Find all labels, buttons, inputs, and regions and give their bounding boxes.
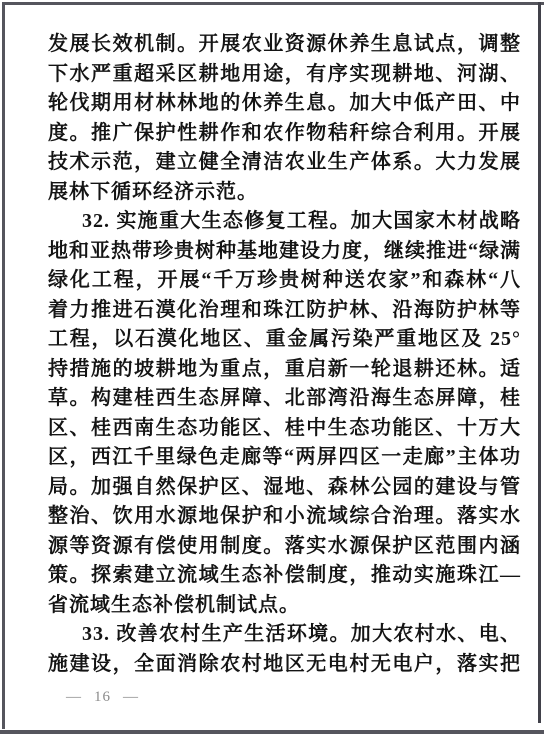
text-line: 32. 实施重大生态修复工程。加大国家木材战略核心储备基: [48, 207, 521, 237]
line-text: 度。推广保护性耕作和农作物秸秆综合利用。开展农业清洁生产: [48, 122, 521, 149]
text-line: 绿化工程，开展“千万珍贵树种送农家”和森林“八创”活动。: [48, 266, 521, 296]
line-text: 省流域生态补偿机制试点。: [48, 594, 300, 616]
line-text: 下水严重超采区耕地用途，有序实现耕地、河湖、水库周边、短: [48, 63, 521, 90]
line-text: 区、桂西南生态功能区、桂中生态功能区、十万大山生态保护: [48, 417, 521, 444]
line-text: 局。加强自然保护区、湿地、森林公园的建设与管理。开展河道: [48, 476, 521, 503]
document-page: 发展长效机制。开展农业资源休养生息试点，调整严重污染和地 下水严重超采区耕地用途…: [0, 0, 544, 736]
line-text: 地和亚热带珍贵树种基地建设力度，继续推进“绿满八桂”造林: [48, 240, 521, 267]
line-text: 发展长效机制。开展农业资源休养生息试点，调整严重污染和地: [48, 33, 521, 60]
page-number: —16—: [64, 688, 141, 706]
line-text: 源等资源有偿使用制度。落实水源保护区范围内涵养林种植政: [48, 535, 521, 562]
text-line: 度。推广保护性耕作和农作物秸秆综合利用。开展农业清洁生产: [48, 119, 521, 149]
page-edge-top: [5, 2, 544, 5]
line-text: 持措施的坡耕地为重点，重启新一轮退耕还林。适度实施退耕还: [48, 358, 521, 385]
body-text: 发展长效机制。开展农业资源休养生息试点，调整严重污染和地 下水严重超采区耕地用途…: [48, 30, 521, 679]
text-line: 局。加强自然保护区、湿地、森林公园的建设与管理。开展河道: [48, 473, 521, 503]
text-line: 下水严重超采区耕地用途，有序实现耕地、河湖、水库周边、短: [48, 60, 521, 90]
line-text: 区，西江千里绿色走廊等“两屏四区一走廊”主体功能区生态格: [48, 446, 521, 473]
text-line: 策。探索建立流域生态补偿制度，推动实施珠江—西江经济带跨: [48, 561, 521, 591]
line-text: 工程，以石漠化地区、重金属污染严重地区及 25°以上无水土保: [48, 328, 521, 355]
text-line: 源等资源有偿使用制度。落实水源保护区范围内涵养林种植政: [48, 532, 521, 562]
text-line: 技术示范，建立健全清洁农业生产体系。大力发展休闲农业。开: [48, 148, 521, 178]
text-line: 省流域生态补偿机制试点。: [48, 591, 521, 621]
line-text: 绿化工程，开展“千万珍贵树种送农家”和森林“八创”活动。: [48, 269, 521, 296]
line-text: 技术示范，建立健全清洁农业生产体系。大力发展休闲农业。开: [48, 151, 521, 178]
text-line: 草。构建桂西生态屏障、北部湾沿海生态屏障，桂东北生态功能: [48, 384, 521, 414]
line-text: 策。探索建立流域生态补偿制度，推动实施珠江—西江经济带跨: [48, 564, 521, 591]
line-text: 展林下循环经济示范。: [48, 181, 258, 203]
text-line: 整治、饮用水源地保护和小流域综合治理。落实水资源、森林资: [48, 502, 521, 532]
text-line: 区、桂西南生态功能区、桂中生态功能区、十万大山生态保护: [48, 414, 521, 444]
footer-left-dash: —: [64, 689, 84, 705]
line-text: 整治、饮用水源地保护和小流域综合治理。落实水资源、森林资: [48, 505, 521, 532]
text-line: 工程，以石漠化地区、重金属污染严重地区及 25°以上无水土保: [48, 325, 521, 355]
page-edge-left: [2, 2, 5, 729]
text-line: 区，西江千里绿色走廊等“两屏四区一走廊”主体功能区生态格: [48, 443, 521, 473]
line-text: 轮伐期用材林林地的休养生息。加大中低产田、中低产林改造力: [48, 92, 521, 119]
text-line: 地和亚热带珍贵树种基地建设力度，继续推进“绿满八桂”造林: [48, 237, 521, 267]
footer-right-dash: —: [121, 689, 141, 705]
line-text: 着力推进石漠化治理和珠江防护林、沿海防护林等重点生态修复: [48, 299, 521, 326]
item-32-heading: 32. 实施重大生态修复工程。: [82, 210, 351, 232]
page-edge-bottom: [0, 730, 544, 734]
text-line: 展林下循环经济示范。: [48, 178, 521, 208]
page-number-value: 16: [84, 689, 121, 705]
text-line: 轮伐期用材林林地的休养生息。加大中低产田、中低产林改造力: [48, 89, 521, 119]
text-line: 发展长效机制。开展农业资源休养生息试点，调整严重污染和地: [48, 30, 521, 60]
text-line: 33. 改善农村生产生活环境。加大农村水、电、路等基础设: [48, 620, 521, 650]
line-text: 草。构建桂西生态屏障、北部湾沿海生态屏障，桂东北生态功能: [48, 387, 521, 414]
text-line: 着力推进石漠化治理和珠江防护林、沿海防护林等重点生态修复: [48, 296, 521, 326]
page-edge-right: [538, 2, 541, 723]
line-text: 施建设，全面消除农村地区无电村无电户，落实把水库防汛公路: [48, 653, 521, 680]
item-33-heading: 33. 改善农村生产生活环境。: [82, 623, 351, 645]
text-line: 施建设，全面消除农村地区无电村无电户，落实把水库防汛公路: [48, 650, 521, 680]
text-line: 持措施的坡耕地为重点，重启新一轮退耕还林。适度实施退耕还: [48, 355, 521, 385]
